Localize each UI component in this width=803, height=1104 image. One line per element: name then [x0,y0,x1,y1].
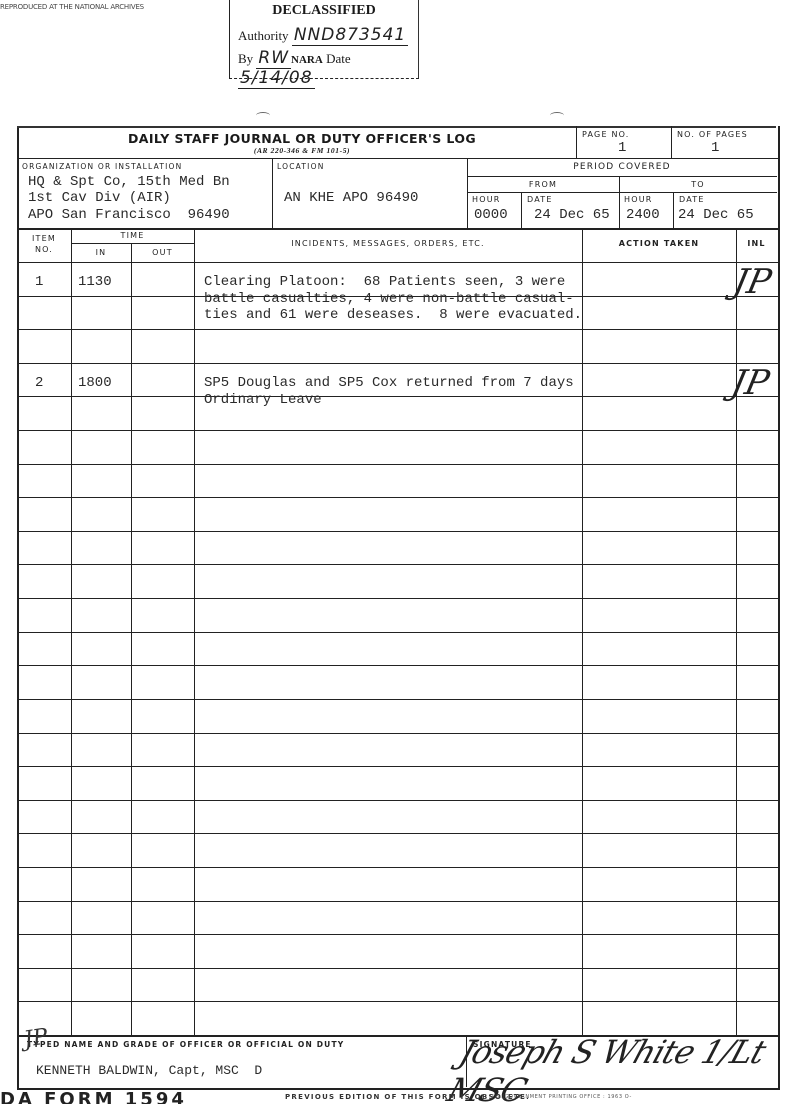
punch-mark [550,112,564,119]
location-label: LOCATION [277,162,325,171]
out-header: OUT [131,248,194,257]
entry-2-initials: JP [728,366,772,400]
nara-label: NARA [291,54,323,66]
form-top-border [17,126,776,128]
to-date-label: DATE [679,195,705,204]
form-number: DA FORM 1594 [0,1089,187,1104]
table-row-line [17,800,778,801]
form-regulation: (AR 220-346 & FM 101-5) [17,146,587,155]
to-label: TO [619,180,777,189]
table-row-line [17,665,778,666]
period-covered-label: PERIOD COVERED [467,162,777,172]
officer-label: TYPED NAME AND GRADE OF OFFICER OR OFFIC… [27,1040,344,1049]
table-row-line [17,632,778,633]
entry-1-line-3: ties and 61 were deseases. 8 were evacua… [204,307,582,323]
entry-1-item: 1 [35,274,43,290]
entry-1-time-in: 1130 [78,274,112,290]
table-row-line [17,497,778,498]
to-hour-label: HOUR [624,195,653,204]
entry-2-item: 2 [35,375,43,391]
organization-line-1: HQ & Spt Co, 15th Med Bn [28,174,230,190]
table-row-line [17,934,778,935]
table-row-line [17,430,778,431]
no-of-pages-label: NO. OF PAGES [677,130,748,139]
page-no-value: 1 [618,140,626,156]
no-header: NO. [17,245,71,254]
divider [467,176,777,177]
entry-2-time-in: 1800 [78,375,112,391]
divider [671,126,672,158]
table-row-line [17,396,778,397]
divider [272,158,273,228]
entry-1-line-2: battle casualties, 4 were non-battle cas… [204,291,574,307]
by-value: RW [256,48,291,69]
divider [619,176,620,228]
table-row-line [17,598,778,599]
table-row-line [17,262,778,263]
by-label: By [238,51,253,66]
from-label: FROM [467,180,619,189]
divider [17,228,778,230]
table-row-line [17,901,778,902]
printing-office-note: U.S. GOVERNMENT PRINTING OFFICE : 1963 O… [490,1094,632,1104]
entry-1-line-1: Clearing Platoon: 68 Patients seen, 3 we… [204,274,565,290]
table-row-line [17,766,778,767]
divider [17,158,778,159]
table-row-line [17,699,778,700]
table-row-line [17,531,778,532]
table-row-line [17,329,778,330]
table-row-line [17,564,778,565]
inl-header: INL [736,239,777,248]
page-no-label: PAGE NO. [582,130,630,139]
from-hour-label: HOUR [472,195,501,204]
form-title: DAILY STAFF JOURNAL OR DUTY OFFICER'S LO… [17,131,587,146]
officer-name: KENNETH BALDWIN, Capt, MSC D [36,1063,262,1078]
location-value: AN KHE APO 96490 [284,190,418,206]
divider [576,126,577,158]
divider [521,192,522,228]
to-date-value: 24 Dec 65 [678,207,754,223]
item-header: ITEM [17,234,71,243]
in-header: IN [71,248,131,257]
table-row-line [17,968,778,969]
organization-line-3: APO San Francisco 96490 [28,207,230,223]
column-divider [131,243,132,1035]
table-row-line [17,867,778,868]
divider [673,192,674,228]
stamp-title: DECLASSIFIED [230,3,418,19]
entry-2-line-2: Ordinary Leave [204,392,322,408]
stamp-by-row: By RWNARA Date 5/14/08 [238,48,418,88]
date-value: 5/14/08 [238,68,315,89]
no-of-pages-value: 1 [711,140,719,156]
from-hour-value: 0000 [474,207,508,223]
date-label: Date [326,51,351,66]
punch-mark [256,112,270,119]
divider [467,192,777,193]
table-row-line [17,833,778,834]
table-row-line [17,464,778,465]
action-taken-header: ACTION TAKEN [582,239,736,248]
table-row-line [17,363,778,364]
officer-initials: JP [22,1024,49,1052]
table-row-line [17,733,778,734]
stamp-authority-row: Authority NND873541 [238,25,408,45]
time-header: TIME [71,231,194,240]
from-date-label: DATE [527,195,553,204]
archives-note: REPRODUCED AT THE NATIONAL ARCHIVES [0,3,144,11]
organization-line-2: 1st Cav Div (AIR) [28,190,171,206]
incidents-header: INCIDENTS, MESSAGES, ORDERS, ETC. [194,239,582,248]
authority-value: NND873541 [292,25,408,46]
entry-1-initials: JP [730,265,774,299]
table-row-line [17,1001,778,1002]
organization-label: ORGANIZATION OR INSTALLATION [22,162,182,171]
authority-label: Authority [238,28,289,43]
entry-2-line-1: SP5 Douglas and SP5 Cox returned from 7 … [204,375,574,391]
to-hour-value: 2400 [626,207,660,223]
divider [71,243,194,244]
declassified-stamp: DECLASSIFIED Authority NND873541 By RWNA… [229,0,419,79]
from-date-value: 24 Dec 65 [534,207,610,223]
